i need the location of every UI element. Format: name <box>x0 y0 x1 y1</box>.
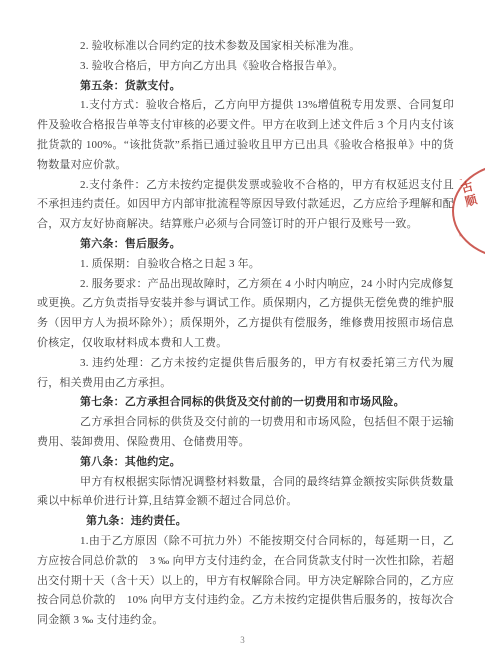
clause-item: 2. 验收标准以合同约定的技术参数及国家相关标准为准。 <box>37 37 454 57</box>
clause-heading-article-7: 第七条：乙方承担合同标的供货及交付前的一切费用和市场风险。 <box>37 393 454 413</box>
clause-paragraph: 甲方有权根据实际情况调整材料数量，合同的最终结算金额按实际供货数量乘以中标单价进… <box>37 473 454 513</box>
clause-paragraph: 3. 违约处理：乙方未按约定提供售后服务的，甲方有权委托第三方代为履行，相关费用… <box>37 354 454 394</box>
clause-heading-article-6: 第六条：售后服务。 <box>37 235 454 255</box>
company-seal-partial: 、 古 顺 、 <box>452 163 485 259</box>
clause-item: 3. 验收合格后，甲方向乙方出具《验收合格报告单》。 <box>37 57 454 77</box>
clause-heading-article-9: 第九条：违约责任。 <box>37 512 454 532</box>
contract-page: 2. 验收标准以合同约定的技术参数及国家相关标准为准。 3. 验收合格后，甲方向… <box>0 0 485 670</box>
clause-heading-article-5: 第五条：货款支付。 <box>37 77 454 97</box>
page-number: 3 <box>0 635 485 645</box>
clause-paragraph: 1.由于乙方原因（除不可抗力外）不能按期交付合同标的，每延期一日，乙方应按合同总… <box>37 532 454 631</box>
clause-heading-article-8: 第八条：其他约定。 <box>37 453 454 473</box>
clause-paragraph: 1. 质保期：自验收合格之日起 3 年。 <box>37 255 454 275</box>
clause-paragraph: 2. 服务要求：产品出现故障时，乙方须在 4 小时内响应，24 小时内完成修复或… <box>37 275 454 354</box>
clause-paragraph: 2.支付条件：乙方未按约定提供发票或验收不合格的，甲方有权延迟支付且不承担违约责… <box>37 176 454 235</box>
clause-paragraph: 乙方承担合同标的供货及交付前的一切费用和市场风险，包括但不限于运输费用、装卸费用… <box>37 413 454 453</box>
clause-paragraph: 1.支付方式：验收合格后，乙方向甲方提供 13%增值税专用发票、合同复印件及验收… <box>37 96 454 175</box>
